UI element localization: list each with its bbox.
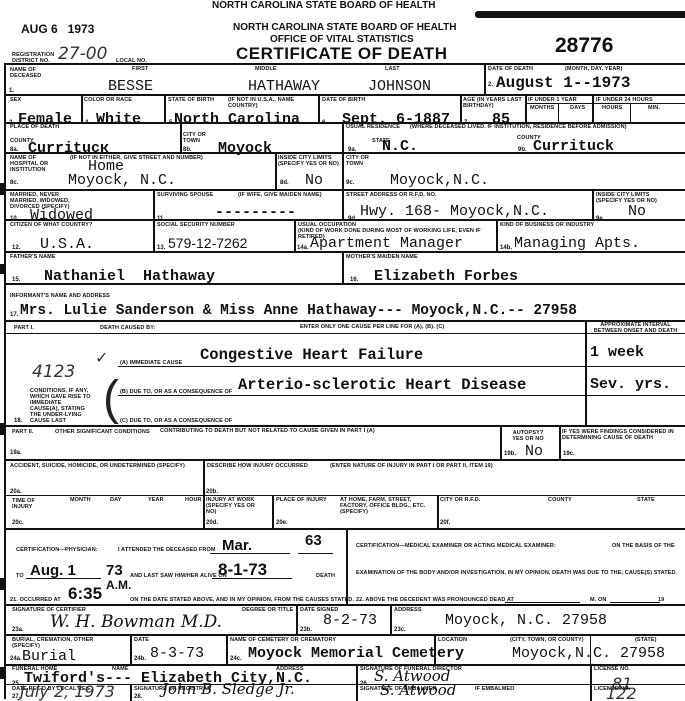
residence-label: USUAL RESIDENCE — [346, 124, 400, 130]
burial-method: Burial — [22, 648, 76, 665]
father-label: FATHER'S NAME — [10, 254, 56, 260]
state-of-birth-sub: (IF NOT IN U.S.A., NAME COUNTRY) — [228, 97, 308, 109]
ssn-label: SOCIAL SECURITY NUMBER — [157, 222, 235, 228]
sex-label: SEX — [10, 97, 21, 103]
date-received: July 2, 1973 — [20, 682, 115, 701]
conditions-label: CONDITIONS, IF ANY, WHICH GAVE RISE TO I… — [30, 388, 92, 424]
attended-to-date: Aug. 1 — [30, 562, 76, 579]
last-saw-alive: 8-1-73 — [218, 560, 267, 580]
spouse-label: SURVIVING SPOUSE — [157, 192, 213, 198]
place-of-death-label: PLACE OF DEATH — [10, 124, 59, 130]
citizen-label: CITIZEN OF WHAT COUNTRY? — [10, 222, 92, 228]
min-label: MIN. — [648, 105, 660, 111]
bracket-icon: ( — [103, 371, 119, 426]
months-label: MONTHS — [530, 105, 554, 111]
pod-inside-city-label: INSIDE CITY LIMITS (SPECIFY YES OR NO) — [278, 155, 340, 167]
cemetery: Moyock Memorial Cemetery — [248, 645, 464, 662]
date-of-death: August 1--1973 — [496, 74, 630, 92]
informant: Mrs. Lulie Sanderson & Miss Anne Hathawa… — [20, 303, 577, 319]
time-of-death: 6:35 — [68, 584, 102, 604]
manner-label: ACCIDENT, SUICIDE, HOMICIDE, OR UNDETERM… — [10, 463, 200, 469]
edge-mark — [0, 423, 4, 435]
res-city: Moyock,N.C. — [390, 172, 489, 189]
part1-label: PART I. — [14, 325, 34, 331]
attended-to-year: 73 — [106, 562, 123, 579]
autopsy-label: AUTOPSY? YES OR NO — [508, 430, 548, 442]
injury-county-label: COUNTY — [548, 497, 572, 503]
state-of-birth-label: STATE OF BIRTH — [168, 97, 214, 103]
location-label: LOCATION — [438, 637, 467, 643]
occupation: Apartment Manager — [310, 235, 463, 252]
cemetery-label: NAME OF CEMETERY OR CREMATORY — [230, 637, 336, 643]
certificate-number: 28776 — [555, 34, 613, 58]
date-of-birth-label: DATE OF BIRTH — [322, 97, 365, 103]
injury-at-work-label: INJURY AT WORK (SPECIFY YES OR NO) — [206, 497, 266, 515]
top-banner: NORTH CAROLINA STATE BOARD OF HEALTH — [212, 0, 436, 11]
first-name: BESSE — [108, 78, 153, 95]
pod-city: Moyock — [218, 140, 272, 157]
days-label: DAYS — [570, 105, 585, 111]
mother-label: MOTHER'S MAIDEN NAME — [346, 254, 418, 260]
business: Managing Apts. — [514, 235, 640, 252]
race-label: COLOR OR RACE — [84, 97, 132, 103]
age-label: AGE (IN YEARS LAST BIRTHDAY) — [463, 97, 525, 109]
degree-label: DEGREE OR TITLE — [242, 607, 293, 613]
time-of-injury-label: TIME OF INJURY — [12, 498, 42, 510]
other-conditions-label: OTHER SIGNIFICANT CONDITIONS — [55, 429, 150, 435]
name-label: NAME OF DECEASED — [10, 67, 40, 79]
last-label: LAST — [385, 66, 400, 72]
cause-b: Arterio-sclerotic Heart Disease — [238, 376, 526, 394]
date-signed: 8-2-73 — [323, 612, 377, 629]
pod-city-label: CITY OR TOWN — [183, 132, 207, 144]
date-of-death-label: DATE OF DEATH — [488, 66, 533, 72]
residence-sub: (WHERE DECEASED LIVED. IF INSTITUTION, R… — [410, 124, 627, 130]
ssn: 579-12-7262 — [168, 235, 247, 251]
burial-location: Moyock,N.C. 27958 — [512, 645, 665, 662]
opinion-text: ON THE DATE STATED ABOVE, AND IN MY OPIN… — [130, 597, 354, 603]
burial-date: 8-3-73 — [150, 645, 204, 662]
middle-label: MIDDLE — [255, 66, 277, 72]
injury-state-label: STATE — [637, 497, 655, 503]
burial-date-label: DATE — [134, 637, 149, 643]
hours-label: HOURS — [602, 105, 622, 111]
describe-injury-sub: (ENTER NATURE OF INJURY IN PART I OR PAR… — [330, 463, 493, 469]
me-cert-label: CERTIFICATION—MEDICAL EXAMINER OR ACTING… — [356, 543, 556, 549]
edge-mark — [0, 183, 4, 195]
under-24-label: IF UNDER 24 HOURS — [596, 97, 653, 103]
edge-mark — [0, 667, 4, 679]
agency-line1: NORTH CAROLINA STATE BOARD OF HEALTH — [233, 22, 457, 33]
registration-district: 27-00 — [58, 44, 107, 64]
check-mark-icon: ✓ — [95, 348, 108, 367]
date-of-death-sub: (MONTH, DAY, YEAR) — [565, 66, 622, 72]
findings-label: IF YES WERE FINDINGS CONSIDERED IN DETER… — [562, 429, 682, 441]
first-label: FIRST — [132, 66, 148, 72]
certificate-title: CERTIFICATE OF DEATH — [236, 44, 447, 64]
cause-b-interval: Sev. yrs. — [590, 376, 671, 393]
attended-text: I ATTENDED THE DECEASED FROM — [118, 547, 216, 553]
spouse-sub: (IF WIFE, GIVE MAIDEN NAME) — [238, 192, 322, 198]
attended-from-month: Mar. — [222, 537, 252, 554]
cause-c-label: (c) DUE TO, OR AS A CONSEQUENCE OF — [120, 418, 232, 424]
stamp-date: AUG 6 1973 — [21, 22, 94, 36]
license1-label: LICENSE NO. — [594, 666, 630, 672]
other-conditions-sub: CONTRIBUTING TO DEATH BUT NOT RELATED TO… — [160, 428, 375, 434]
me-text: EXAMINATION OF THE BODY AND/OR INVESTIGA… — [356, 570, 677, 576]
occurred-text: 21. OCCURRED AT — [10, 597, 61, 603]
last-name: JOHNSON — [368, 78, 431, 95]
res-street-label: STREET ADDRESS OR R.F.D. No. — [346, 192, 437, 198]
res-inside-city: No — [628, 203, 646, 220]
physician-cert-label: CERTIFICATION—PHYSICIAN: — [16, 547, 98, 553]
handwritten-code: 4123 — [32, 362, 75, 382]
attended-from-year: 63 — [305, 532, 322, 549]
top-black-bar — [475, 11, 685, 18]
certifier-signature: W. H. Bowman M.D. — [50, 612, 222, 632]
cause-a-interval: 1 week — [590, 344, 644, 361]
res-city-label: CITY OR TOWN — [346, 155, 370, 167]
hospital-line2: Moyock, N.C. — [68, 172, 176, 189]
state-of-birth: North Carolina — [174, 111, 300, 128]
edge-mark — [0, 578, 4, 590]
cause-instruction: ENTER ONLY ONE CAUSE PER LINE FOR (a), (… — [300, 324, 444, 330]
pod-inside-city: No — [305, 172, 323, 189]
hospital-label: NAME OF HOSPITAL OR INSTITUTION — [10, 155, 55, 173]
registrar-signature: John B. Sledge Jr. — [162, 680, 295, 698]
middle-name: HATHAWAY — [248, 78, 320, 95]
place-of-injury-label: PLACE OF INJURY — [276, 497, 327, 503]
informant-label: INFORMANT'S NAME AND ADDRESS — [10, 293, 110, 299]
autopsy: No — [525, 443, 543, 460]
certifier-address: Moyock, N.C. 27958 — [445, 612, 607, 629]
license2: 122 — [606, 684, 637, 701]
time-ampm: A.M. — [106, 578, 131, 592]
injury-city-label: CITY OR R.F.D. — [440, 497, 480, 503]
edge-mark — [0, 264, 4, 274]
res-street: Hwy. 168- Moyock,N.C. — [360, 203, 549, 220]
race: White — [96, 111, 141, 128]
describe-injury-label: DESCRIBE HOW INJURY OCCURRED — [207, 463, 308, 469]
place-of-injury-sub: AT HOME, FARM, STREET, FACTORY, OFFICE B… — [340, 497, 436, 515]
embalmer-signature: S. Atwood — [380, 681, 456, 699]
me-pronounced-text: 22. ABOVE THE DECEDENT WAS PRONOUNCED DE… — [356, 597, 514, 603]
cause-a: Congestive Heart Failure — [200, 346, 423, 364]
certifier-address-label: ADDRESS — [394, 607, 422, 613]
business-label: KIND OF BUSINESS OR INDUSTRY — [500, 222, 594, 228]
caused-by-label: DEATH CAUSED BY: — [100, 325, 155, 331]
part2-label: PART II. — [12, 429, 33, 435]
